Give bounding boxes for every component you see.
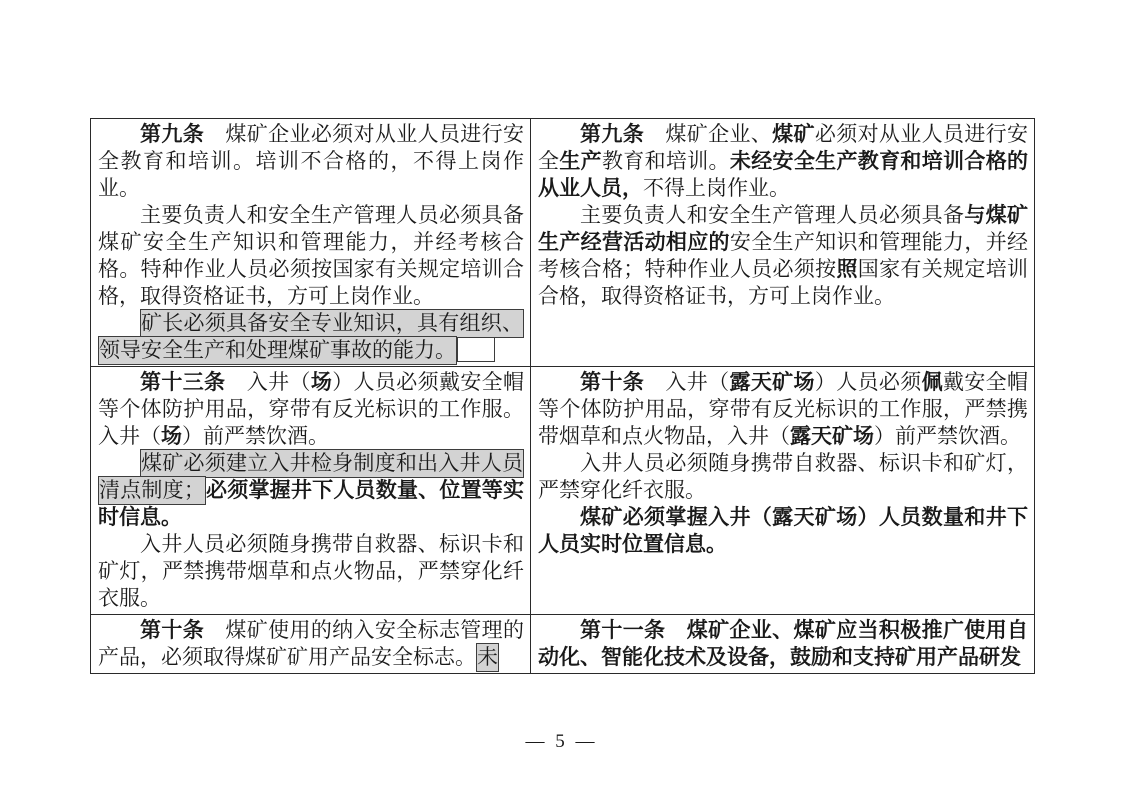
paragraph: 入井人员必须随身携带自救器、标识卡和矿灯，严禁携带烟草和点火物品，严禁穿化纤衣服…	[98, 531, 524, 612]
paragraph: 矿长必须具备安全专业知识，具有组织、领导安全生产和处理煤矿事故的能力。	[98, 310, 524, 364]
text-run: 教育和培训。	[602, 149, 730, 173]
right-column-cell: 第九条 煤矿企业、煤矿必须对从业人员进行安全生产教育和培训。未经安全生产教育和培…	[531, 119, 1035, 367]
bold-revision-run: 第十三条	[140, 370, 225, 394]
bold-revision-run: 第十一条 煤矿企业、煤矿应当积极推广使用自动化、智能化技术及设备，鼓励和支持矿用…	[538, 618, 1028, 669]
document-page: 第九条 煤矿企业必须对从业人员进行安全教育和培训。培训不合格的，不得上岗作业。主…	[0, 0, 1123, 794]
right-column-cell: 第十一条 煤矿企业、煤矿应当积极推广使用自动化、智能化技术及设备，鼓励和支持矿用…	[531, 615, 1035, 674]
bold-revision-run: 场	[311, 370, 332, 394]
left-column-cell: 第十条 煤矿使用的纳入安全标志管理的产品，必须取得煤矿矿用产品安全标志。未	[91, 615, 531, 674]
bold-revision-run: 照	[836, 257, 857, 281]
bold-revision-run: 煤矿必须掌握入井（露天矿场）人员数量和井下人员实时位置信息。	[538, 505, 1028, 556]
text-run: 入井人员必须随身携带自救器、标识卡和矿灯，严禁携带烟草和点火物品，严禁穿化纤衣服…	[98, 532, 524, 610]
paragraph: 第九条 煤矿企业、煤矿必须对从业人员进行安全生产教育和培训。未经安全生产教育和培…	[538, 121, 1028, 202]
bold-revision-run: 第九条	[580, 122, 644, 146]
paragraph: 主要负责人和安全生产管理人员必须具备煤矿安全生产知识和管理能力，并经考核合格。特…	[98, 202, 524, 310]
bold-revision-run: 露天矿场	[729, 370, 814, 394]
text-run: ）前严禁饮酒。	[874, 424, 1021, 448]
paragraph: 主要负责人和安全生产管理人员必须具备与煤矿生产经营活动相应的安全生产知识和管理能…	[538, 202, 1028, 310]
text-run: 煤矿企业、	[644, 122, 772, 146]
left-column-cell: 第十三条 入井（场）人员必须戴安全帽等个体防护用品，穿带有反光标识的工作服。入井…	[91, 367, 531, 615]
paragraph: 煤矿必须建立入井检身制度和出入井人员清点制度；必须掌握井下人员数量、位置等实时信…	[98, 450, 524, 531]
deleted-highlight-run: 未	[476, 643, 499, 672]
bold-revision-run: 场	[161, 424, 182, 448]
paragraph: 第十三条 入井（场）人员必须戴安全帽等个体防护用品，穿带有反光标识的工作服。入井…	[98, 369, 524, 450]
deleted-space-box	[457, 337, 495, 362]
table-row: 第十三条 入井（场）人员必须戴安全帽等个体防护用品，穿带有反光标识的工作服。入井…	[91, 367, 1035, 615]
text-run: 入井（	[225, 370, 310, 394]
paragraph: 第十一条 煤矿企业、煤矿应当积极推广使用自动化、智能化技术及设备，鼓励和支持矿用…	[538, 617, 1028, 671]
bold-revision-run: 佩	[922, 370, 943, 394]
paragraph: 煤矿必须掌握入井（露天矿场）人员数量和井下人员实时位置信息。	[538, 504, 1028, 558]
bold-revision-run: 第十条	[580, 370, 644, 394]
left-column-cell: 第九条 煤矿企业必须对从业人员进行安全教育和培训。培训不合格的，不得上岗作业。主…	[91, 119, 531, 367]
text-run: 主要负责人和安全生产管理人员必须具备煤矿安全生产知识和管理能力，并经考核合格。特…	[98, 203, 524, 308]
table-row: 第十条 煤矿使用的纳入安全标志管理的产品，必须取得煤矿矿用产品安全标志。未第十一…	[91, 615, 1035, 674]
text-run: ）前严禁饮酒。	[182, 424, 329, 448]
comparison-table-body: 第九条 煤矿企业必须对从业人员进行安全教育和培训。培训不合格的，不得上岗作业。主…	[91, 119, 1035, 674]
comparison-table: 第九条 煤矿企业必须对从业人员进行安全教育和培训。培训不合格的，不得上岗作业。主…	[90, 118, 1035, 674]
bold-revision-run: 第十条	[140, 618, 204, 642]
paragraph: 第十条 煤矿使用的纳入安全标志管理的产品，必须取得煤矿矿用产品安全标志。未	[98, 617, 524, 671]
bold-revision-run: 煤矿	[772, 122, 815, 146]
text-run: 入井人员必须随身携带自救器、标识卡和矿灯，严禁穿化纤衣服。	[538, 451, 1028, 502]
bold-revision-run: 露天矿场	[790, 424, 874, 448]
table-row: 第九条 煤矿企业必须对从业人员进行安全教育和培训。培训不合格的，不得上岗作业。主…	[91, 119, 1035, 367]
right-column-cell: 第十条 入井（露天矿场）人员必须佩戴安全帽等个体防护用品，穿带有反光标识的工作服…	[531, 367, 1035, 615]
paragraph: 入井人员必须随身携带自救器、标识卡和矿灯，严禁穿化纤衣服。	[538, 450, 1028, 504]
page-number: — 5 —	[0, 731, 1123, 753]
text-run: 主要负责人和安全生产管理人员必须具备	[580, 203, 964, 227]
text-run: ）人员必须	[815, 370, 922, 394]
bold-revision-run: 第九条	[140, 122, 204, 146]
text-run: 入井（	[644, 370, 729, 394]
bold-revision-run: 生产	[559, 149, 602, 173]
paragraph: 第九条 煤矿企业必须对从业人员进行安全教育和培训。培训不合格的，不得上岗作业。	[98, 121, 524, 202]
paragraph: 第十条 入井（露天矿场）人员必须佩戴安全帽等个体防护用品，穿带有反光标识的工作服…	[538, 369, 1028, 450]
text-run: 不得上岗作业。	[643, 176, 790, 200]
